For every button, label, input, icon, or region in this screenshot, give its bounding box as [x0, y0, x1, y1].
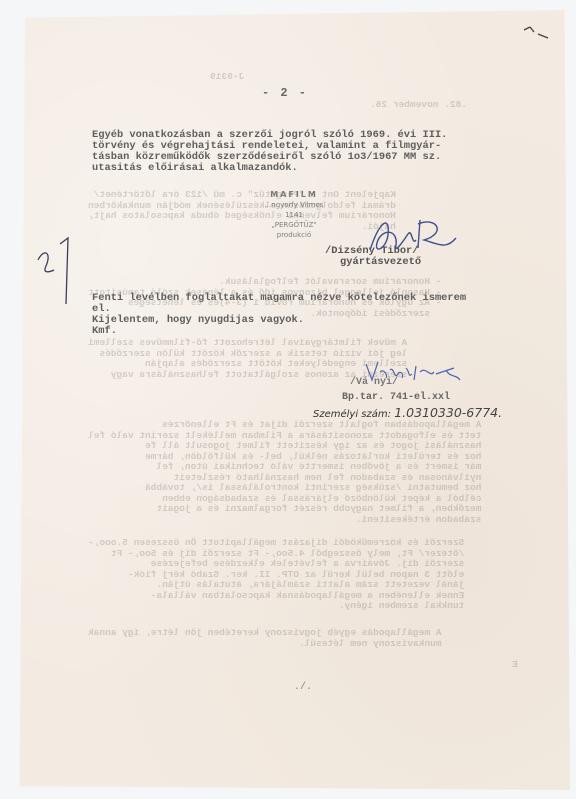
personal-id-number: 1.0310330-6774. — [394, 405, 502, 420]
stamp-line-5: produkció — [234, 230, 354, 240]
show-through-text-block4: A megállapodásban foglalt szerzői díjat … — [88, 420, 481, 525]
page-number: - 2 - — [262, 86, 308, 100]
show-through-text-block3: A művek filmtárgyaival létrehozott fő-fi… — [88, 338, 407, 380]
show-through-text-mark: E — [512, 660, 518, 671]
show-through-text-date: .82. november 26. — [370, 100, 467, 111]
acceptance-line-1: Fenti levélben foglaltakat magamra nézve… — [92, 293, 466, 304]
show-through-text-block5: Szerzői és közreműködői díjazást megálla… — [88, 538, 464, 612]
show-through-text-top: J-9319 — [210, 72, 244, 83]
body-paragraph-line-4: utasitás előirásai alkalmazandók. — [92, 163, 298, 174]
personal-id-handwritten: Személyi szám: 1.0310330-6774. — [313, 405, 502, 420]
personal-id-label: Személyi szám: — [313, 409, 391, 420]
show-through-text-block6: A megállapodás egyéb jogviszony keretébe… — [88, 628, 441, 649]
signature-handwritten-blue — [360, 210, 460, 270]
contractor-address: Bp.tar. 741-el.xxl — [342, 392, 450, 403]
document-page — [14, 10, 570, 790]
stamp-line-2: ...ngyorfy Vilmos — [234, 200, 354, 210]
company-stamp: MAFILM ...ngyorfy Vilmos 1141 „PERGŐTŰZ"… — [234, 190, 354, 240]
corner-pencil-mark — [522, 26, 550, 38]
stamp-line-1: MAFILM — [234, 190, 354, 200]
margin-note-handwritten — [36, 236, 82, 306]
contractor-name: /Vá nyi/ — [350, 377, 398, 388]
acceptance-line-3: Kijelentem, hogy nyugdijas vagyok. — [92, 315, 304, 326]
acceptance-line-4: Kmf. — [92, 326, 117, 337]
continuation-mark: ./. — [294, 682, 312, 693]
stamp-line-3: 1141 — [234, 210, 354, 220]
stamp-line-4: „PERGŐTŰZ" — [234, 220, 354, 230]
